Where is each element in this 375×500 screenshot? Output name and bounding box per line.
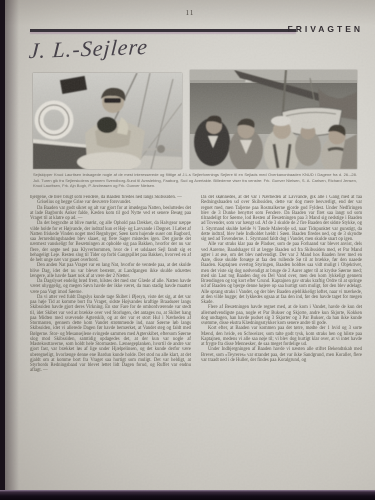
article-column-left: bjergene, de blev brugt som Fendere, da …	[30, 195, 191, 457]
article-body: bjergene, de blev brugt som Fendere, da …	[30, 195, 362, 457]
paragraph: Da vi atter ved fuldt Dagslys kunde tage…	[30, 295, 191, 374]
paragraph: Da Baaden var godt sikret og alt var gjo…	[30, 206, 191, 222]
paragraph: Alle var straks klar paa de Pladser, som…	[201, 242, 362, 305]
paragraph: Da det begyndte at blive mørkt, og alle …	[30, 221, 191, 263]
magazine-page: 11 FRIVAGTEN J. L.-Sejlere	[5, 0, 375, 490]
photo-row	[33, 70, 362, 169]
paragraph: Den anden Nat paa Vraget var en lang Nat…	[30, 263, 191, 279]
paragraph: Kort efter, at Baaden var kommen paa det…	[201, 326, 362, 347]
photo-sailing-group	[190, 70, 357, 169]
photo-caption: Sejlskipper Knud Lauritsen ledsagede nog…	[33, 172, 357, 189]
paragraph: Da Dagslyset endelig brød frem, hilstes …	[30, 279, 191, 295]
header-rule	[30, 29, 296, 32]
article-title: J. L.-Sejlere	[28, 34, 149, 64]
book-bottom-edge	[0, 490, 375, 500]
photo-woman-on-sailboat	[33, 73, 182, 169]
paragraph: Under Indbjergningen af Baaden havde vi …	[201, 347, 362, 363]
masthead-title: FRIVAGTEN	[288, 24, 363, 34]
article-column-right: Da det skønnedes, at det var i Nærheden …	[201, 195, 362, 457]
scanned-magazine-photo: 11 FRIVAGTEN J. L.-Sejlere	[0, 0, 375, 500]
paragraph: Flere af Besætningen havde regnet med, a…	[201, 305, 362, 326]
page-number: 11	[5, 9, 375, 17]
paragraph: Da det skønnedes, at det var i Nærheden …	[201, 195, 362, 242]
